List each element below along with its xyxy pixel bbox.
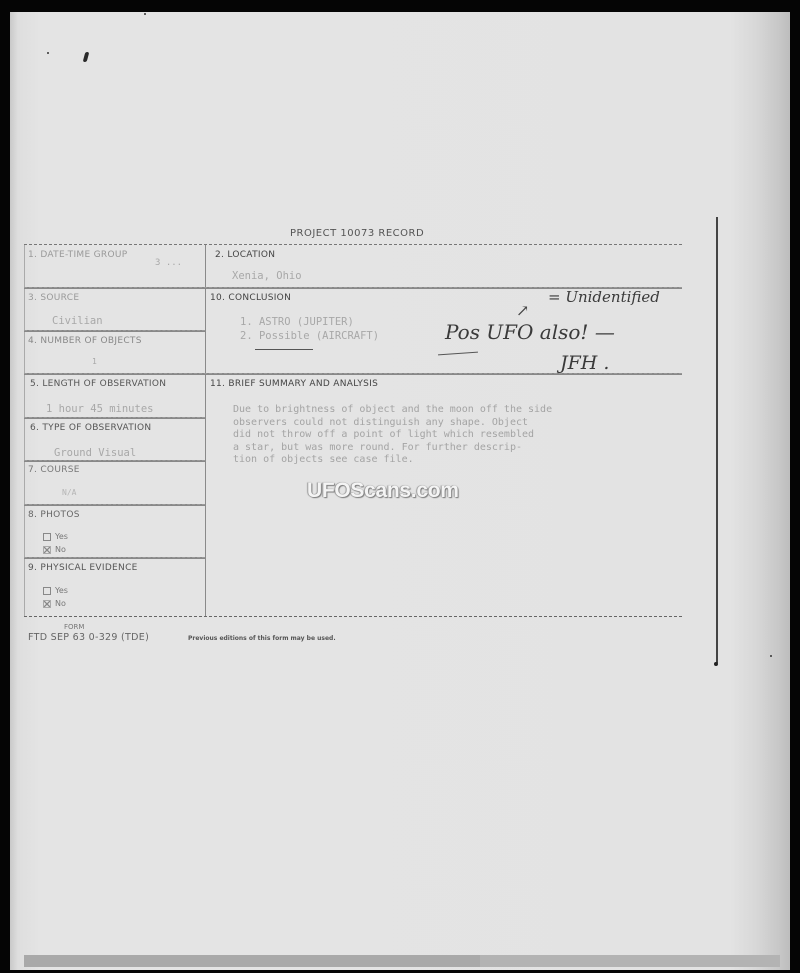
- field-label-length-of-observation: 5. LENGTH OF OBSERVATION: [30, 379, 166, 389]
- conclusion-item-1: 1. ASTRO (JUPITER): [240, 316, 354, 328]
- checkbox-icon[interactable]: [43, 587, 51, 595]
- photos-option-no[interactable]: No: [43, 545, 66, 554]
- form-left-edge: [24, 245, 25, 616]
- row-divider: [24, 330, 205, 332]
- column-divider: [205, 245, 206, 616]
- footer-note: Previous editions of this form may be us…: [188, 635, 336, 642]
- checkbox-checked-icon[interactable]: [43, 600, 51, 608]
- footer-form-label: FORM: [64, 623, 84, 631]
- dust-speck: [770, 655, 772, 657]
- physical-evidence-option-no[interactable]: No: [43, 599, 66, 608]
- summary-text: Due to brightness of object and the moon…: [233, 404, 653, 467]
- row-divider: [24, 417, 205, 419]
- summary-line: tion of objects see case file.: [233, 454, 653, 467]
- field-value-date-time-group: 3 ...: [155, 258, 182, 268]
- field-value-length-of-observation: 1 hour 45 minutes: [46, 403, 153, 415]
- dust-speck: [47, 52, 49, 54]
- row-divider: [24, 504, 205, 506]
- field-value-number-of-objects: 1: [92, 357, 97, 366]
- field-label-summary: 11. BRIEF SUMMARY AND ANALYSIS: [210, 379, 378, 389]
- field-value-type-of-observation: Ground Visual: [54, 447, 136, 459]
- checkbox-checked-icon[interactable]: [43, 546, 51, 554]
- handwritten-annotation: Pos UFO also! —: [445, 320, 615, 344]
- row-divider: [24, 460, 205, 462]
- field-label-course: 7. COURSE: [28, 465, 80, 475]
- footer-form-code: FTD SEP 63 0-329 (TDE): [28, 632, 149, 643]
- row-divider: [24, 557, 205, 559]
- checkbox-icon[interactable]: [43, 533, 51, 541]
- handwritten-arrow-icon: ↗: [516, 301, 529, 320]
- field-label-source: 3. SOURCE: [28, 293, 79, 303]
- summary-line: did not throw off a point of light which…: [233, 429, 653, 442]
- field-label-physical-evidence: 9. PHYSICAL EVIDENCE: [28, 563, 138, 573]
- handwritten-initials: JFH .: [560, 352, 609, 374]
- field-value-course: N/A: [62, 488, 76, 497]
- margin-rule: [716, 217, 718, 663]
- field-label-photos: 8. PHOTOS: [28, 510, 80, 520]
- watermark: UFOScans.com: [307, 479, 459, 503]
- field-value-location: Xenia, Ohio: [232, 270, 302, 282]
- dust-speck: [144, 13, 146, 15]
- field-label-type-of-observation: 6. TYPE OF OBSERVATION: [30, 423, 151, 433]
- scan-edge-strip: [24, 955, 480, 967]
- conclusion-item-2: 2. Possible (AIRCRAFT): [240, 330, 379, 342]
- summary-line: Due to brightness of object and the moon…: [233, 404, 653, 417]
- handwritten-unidentified: = Unidentified: [548, 288, 660, 306]
- photos-option-yes[interactable]: Yes: [43, 532, 68, 541]
- margin-dot: [714, 662, 718, 666]
- field-value-source: Civilian: [52, 315, 103, 327]
- field-label-number-of-objects: 4. NUMBER OF OBJECTS: [28, 336, 142, 346]
- field-label-location: 2. LOCATION: [215, 250, 275, 260]
- field-label-conclusion: 10. CONCLUSION: [210, 293, 291, 303]
- field-label-date-time-group: 1. DATE-TIME GROUP: [28, 250, 127, 260]
- scan-edge-strip: [480, 955, 780, 967]
- conclusion-underline: [255, 349, 313, 350]
- summary-line: observers could not distinguish any shap…: [233, 417, 653, 430]
- summary-line: a star, but was more round. For further …: [233, 442, 653, 455]
- physical-evidence-option-yes[interactable]: Yes: [43, 586, 68, 595]
- form-title: PROJECT 10073 RECORD: [290, 228, 424, 239]
